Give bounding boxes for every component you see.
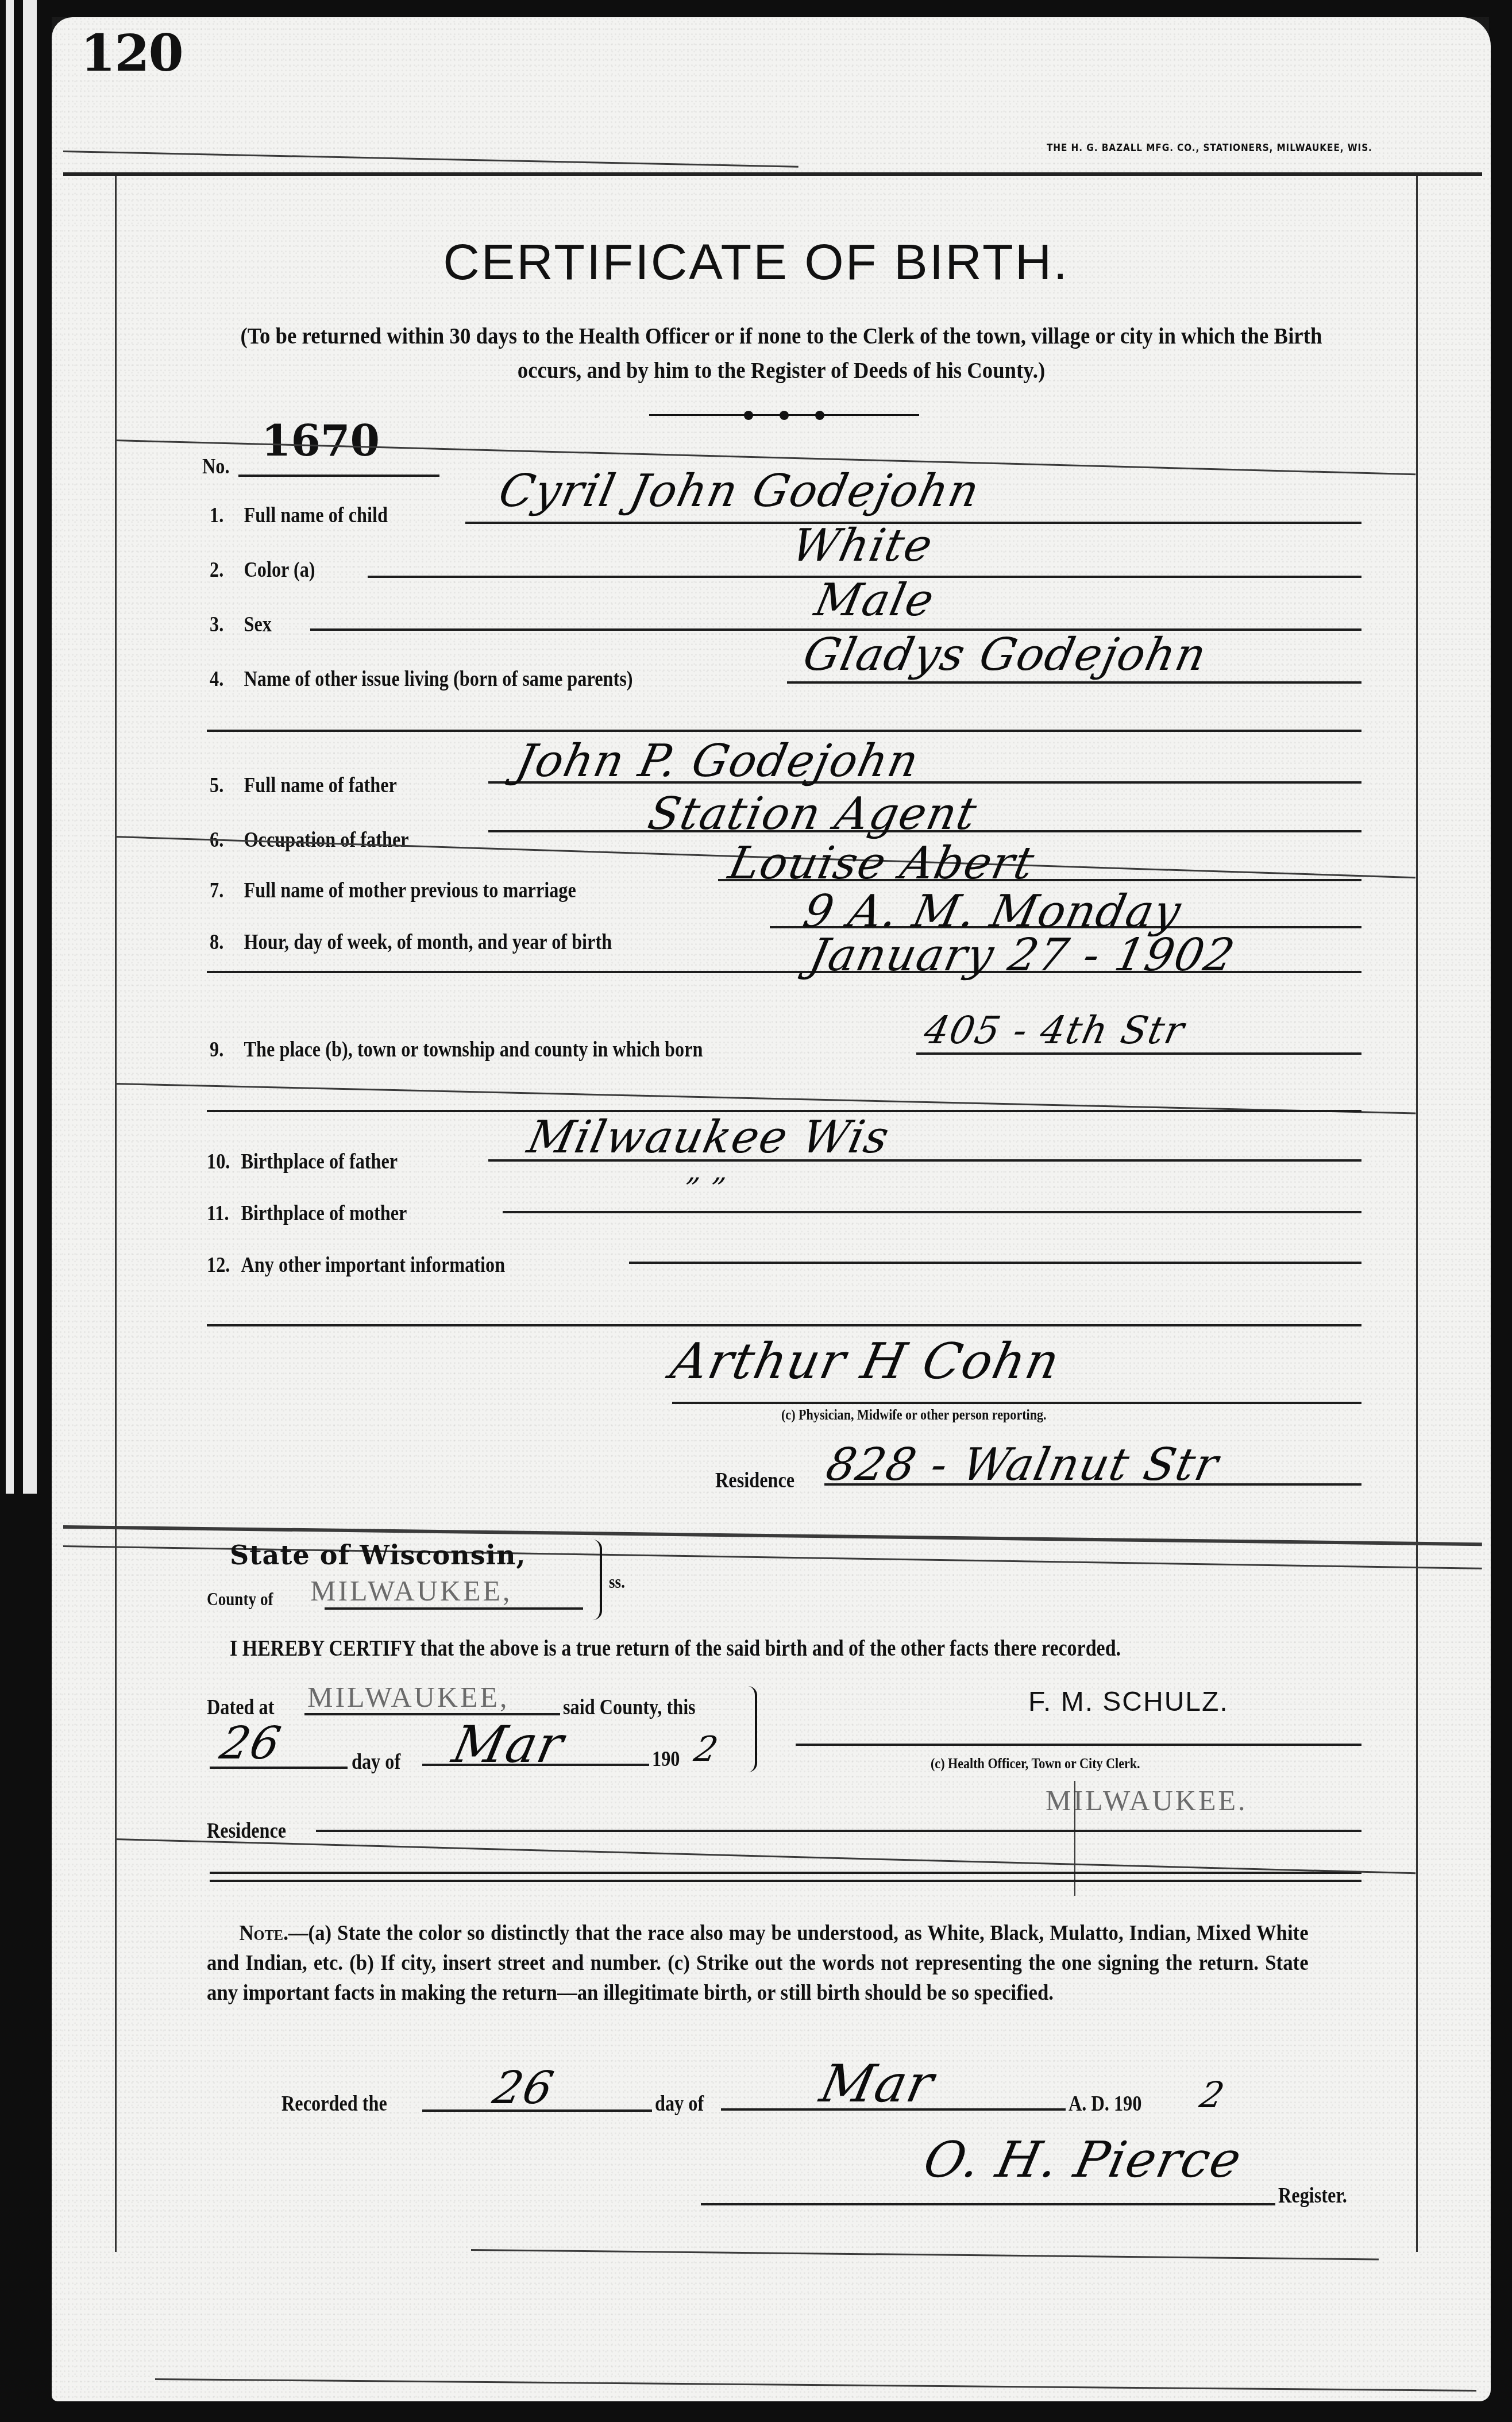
county-label: County of [207,1588,273,1610]
certificate-number-value: 1670 [261,416,380,466]
field-5-label: 5.Full name of father [210,773,397,798]
certification-day-value: 26 [215,1718,286,1769]
field-3-label: 3.Sex [210,612,272,637]
reporter-signature-line [672,1402,1361,1404]
field-4-line [787,681,1361,684]
field-9-value: 405 - 4th Str [920,1008,1189,1052]
field-10-label: 10.Birthplace of father [207,1149,398,1174]
frame-left-rule [115,172,117,2252]
reporter-caption: (c) Physician, Midwife or other person r… [781,1406,1047,1424]
certification-day-of-label: day of [352,1749,400,1775]
field-11-line [503,1211,1361,1213]
ss-label: ss. [609,1571,625,1592]
field-8-label: 8.Hour, day of week, of month, and year … [210,930,612,955]
certification-text: I HEREBY CERTIFY that the above is a tru… [230,1634,1121,1661]
field-2-label: 2.Color (a) [210,557,315,583]
frame-right-rule [1416,172,1418,2252]
dated-brace [747,1686,757,1772]
certification-residence-line [316,1830,1361,1832]
double-rule-top [210,1872,1361,1874]
field-3-value: Male [810,574,939,626]
field-4-label: 4.Name of other issue living (born of sa… [210,666,633,692]
said-county-label: said County, this [563,1695,696,1720]
double-rule-bottom [210,1880,1361,1882]
certification-month-line [422,1764,649,1766]
register-label: Register. [1278,2183,1347,2208]
field-10-value: Milwaukee Wis [523,1112,894,1163]
field-1-label: 1.Full name of child [210,503,388,528]
reporter-residence-value: 828 - Walnut Str [821,1439,1223,1491]
recorded-day-value: 26 [488,2062,558,2114]
certificate-instructions: (To be returned within 30 days to the He… [237,319,1325,388]
footnote-text: —(a) State the color so distinctly that … [207,1922,1309,2005]
reporter-residence-label: Residence [715,1468,794,1493]
dated-at-value: MILWAUKEE, [307,1680,510,1714]
field-11-value: ” ” [680,1172,729,1205]
field-6-value: Station Agent [643,788,982,840]
scan-border-bottom [0,2399,1512,2422]
field-8-value-date: January 27 - 1902 [804,930,1240,981]
field-1-value: Cyril John Godejohn [494,465,984,517]
field-4-value: Gladys Godejohn [799,629,1212,681]
frame-top-rule [63,172,1482,176]
reporter-signature: Arthur H Cohn [666,1333,1065,1390]
page-number: 120 [80,23,183,83]
field-12-continuation-line [207,1324,1361,1326]
footnote: Note.—(a) State the color so distinctly … [207,1919,1309,2008]
register-signature-line [701,2203,1275,2205]
county-line [325,1607,583,1610]
health-officer-caption: (c) Health Officer, Town or City Clerk. [931,1755,1140,1772]
stationer-imprint: THE H. G. BAZALL MFG. CO., STATIONERS, M… [1047,142,1372,154]
field-11-label: 11.Birthplace of mother [207,1201,407,1226]
field-2-value: White [787,520,938,572]
scan-border-right [1489,0,1512,2422]
recorded-label: Recorded the [281,2091,387,2116]
certificate-title: CERTIFICATE OF BIRTH. [0,233,1512,291]
register-signature: O. H. Pierce [919,2131,1247,2189]
certification-year-prefix: 190 [652,1746,680,1772]
dated-at-label: Dated at [207,1695,275,1720]
county-value: MILWAUKEE, [310,1574,512,1607]
field-7-label: 7.Full name of mother previous to marria… [210,878,576,903]
state-heading: State of Wisconsin, [230,1540,526,1571]
footnote-lead: Note. [207,1922,288,1945]
health-officer-name: F. M. SCHULZ. [1028,1686,1229,1718]
field-9-line [916,1052,1361,1055]
ornament-divider [649,411,919,419]
field-7-value: Louise Abert [724,838,1039,889]
field-5-value: John P. Godejohn [511,735,924,787]
recorded-ad-label: A. D. 190 [1069,2091,1141,2116]
health-officer-stamp: MILWAUKEE. [1046,1784,1248,1817]
recorded-day-of-label: day of [655,2091,704,2116]
scan-border-left [0,0,52,2422]
certificate-number-line [238,475,439,477]
field-4-continuation-line [207,730,1361,732]
health-officer-line [796,1744,1361,1746]
field-12-label: 12.Any other important information [207,1252,505,1278]
fold-crease [1074,1781,1075,1896]
certificate-number-label: No. [202,454,230,479]
ss-brace [592,1540,602,1620]
certification-day-line [210,1767,348,1769]
scan-border-top [0,0,1512,17]
field-12-line [629,1262,1361,1264]
certification-residence-label: Residence [207,1818,286,1844]
field-9-label: 9.The place (b), town or township and co… [210,1037,703,1062]
recorded-month-value: Mar [815,2054,940,2114]
